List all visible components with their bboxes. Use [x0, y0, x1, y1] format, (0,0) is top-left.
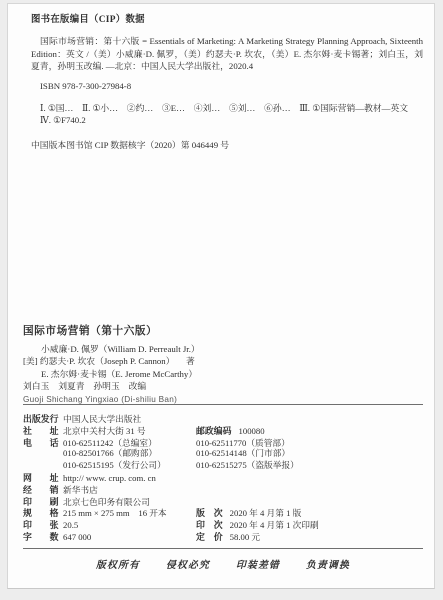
cip-section: 图书在版编目（CIP）数据 国际市场营销：第十六版 = Essentials o…	[31, 14, 423, 151]
publisher-row-publisher: 出版发行 中国人民大学出版社	[23, 412, 423, 424]
row-label: 字 数	[23, 530, 63, 543]
row-value-2: 2020 年 4 月第 1 版	[230, 507, 302, 519]
row-label-2: 定 价	[196, 530, 223, 543]
publisher-row-wordcount: 字 数 647 000 定 价 58.00 元	[23, 530, 423, 542]
author-role-label: 著	[186, 355, 195, 367]
row-value-2: 010-62515275（盗版举报）	[196, 459, 299, 471]
notice-printing-defects: 印装差错	[236, 557, 280, 571]
publisher-row-phone-2: 010-82501766（邮购部） 010-62514148（门市部）	[23, 447, 423, 459]
cip-classification: Ⅰ. ①国… Ⅱ. ①小… ②约… ③E… ④刘… ⑤刘… ⑥孙… Ⅲ. ①国际…	[31, 102, 423, 127]
row-value-2: 58.00 元	[230, 531, 260, 543]
publisher-row-phone-1: 电 话 010-62511242（总编室） 010-62511770（质管部）	[23, 436, 423, 448]
row-value: 北京七色印务有限公司	[63, 496, 196, 508]
row-value: 20.5	[63, 520, 196, 530]
row-label-2: 邮政编码	[196, 424, 232, 437]
row-value: http:// www. crup. com. cn	[63, 473, 196, 483]
publisher-row-format: 规 格 215 mm × 275 mm 16 开本 版 次 2020 年 4 月…	[23, 506, 423, 518]
book-title: 国际市场营销（第十六版）	[23, 326, 423, 338]
row-value: 215 mm × 275 mm 16 开本	[63, 507, 196, 519]
title-author-block: 国际市场营销（第十六版） 小威廉·D. 佩罗（William D. Perrea…	[23, 326, 423, 406]
publisher-row-website: 网 址 http:// www. crup. com. cn	[23, 471, 423, 483]
row-value: 新华书店	[63, 484, 196, 496]
publication-info: 出版发行 中国人民大学出版社 社 址 北京中关村大街 31 号 邮政编码 100…	[23, 404, 423, 571]
row-value-2: 010-62514148（门市部）	[196, 447, 290, 459]
divider-bottom	[23, 548, 423, 549]
adapters-line: 刘白玉 刘夏青 孙明玉 改编	[23, 380, 423, 392]
row-value: 北京中关村大街 31 号	[63, 425, 196, 437]
author-line-1: 小威廉·D. 佩罗（William D. Perreault Jr.）	[23, 343, 423, 355]
author-line-2: [美] 约瑟夫·P. 坎农（Joseph P. Cannon） 著	[23, 355, 423, 367]
publisher-row-address: 社 址 北京中关村大街 31 号 邮政编码 100080	[23, 424, 423, 436]
copyright-notice: 版权所有 侵权必究 印装差错 负责调换	[23, 557, 423, 571]
notice-replacement: 负责调换	[306, 557, 350, 571]
author-line-2-text: [美] 约瑟夫·P. 坎农（Joseph P. Cannon）	[23, 356, 175, 366]
row-value-2: 100080	[239, 426, 265, 436]
row-label: 电 话	[23, 436, 63, 449]
publisher-row-printer: 印 刷 北京七色印务有限公司	[23, 495, 423, 507]
notice-infringement: 侵权必究	[166, 557, 210, 571]
cip-registry-number: 中国版本图书馆 CIP 数据核字（2020）第 046449 号	[31, 139, 423, 151]
row-value-2: 2020 年 4 月第 1 次印刷	[230, 519, 319, 531]
row-value: 中国人民大学出版社	[63, 413, 196, 425]
book-copyright-page: 图书在版编目（CIP）数据 国际市场营销：第十六版 = Essentials o…	[7, 3, 435, 589]
row-value: 647 000	[63, 532, 196, 542]
isbn-number: ISBN 978-7-300-27984-8	[31, 80, 423, 92]
notice-rights-reserved: 版权所有	[96, 557, 140, 571]
cip-record: 国际市场营销：第十六版 = Essentials of Marketing: A…	[31, 35, 423, 72]
author-line-3: E. 杰尔姆·麦卡锡（E. Jerome McCarthy）	[23, 368, 423, 380]
row-value: 010-82501766（邮购部）	[63, 447, 196, 459]
divider-top	[23, 404, 423, 405]
publisher-row-distributor: 经 销 新华书店	[23, 483, 423, 495]
publisher-row-phone-3: 010-62515195（发行公司） 010-62515275（盗版举报）	[23, 459, 423, 471]
cip-heading: 图书在版编目（CIP）数据	[31, 14, 423, 26]
publisher-row-sheets: 印 张 20.5 印 次 2020 年 4 月第 1 次印刷	[23, 518, 423, 530]
row-value: 010-62515195（发行公司）	[63, 459, 196, 471]
